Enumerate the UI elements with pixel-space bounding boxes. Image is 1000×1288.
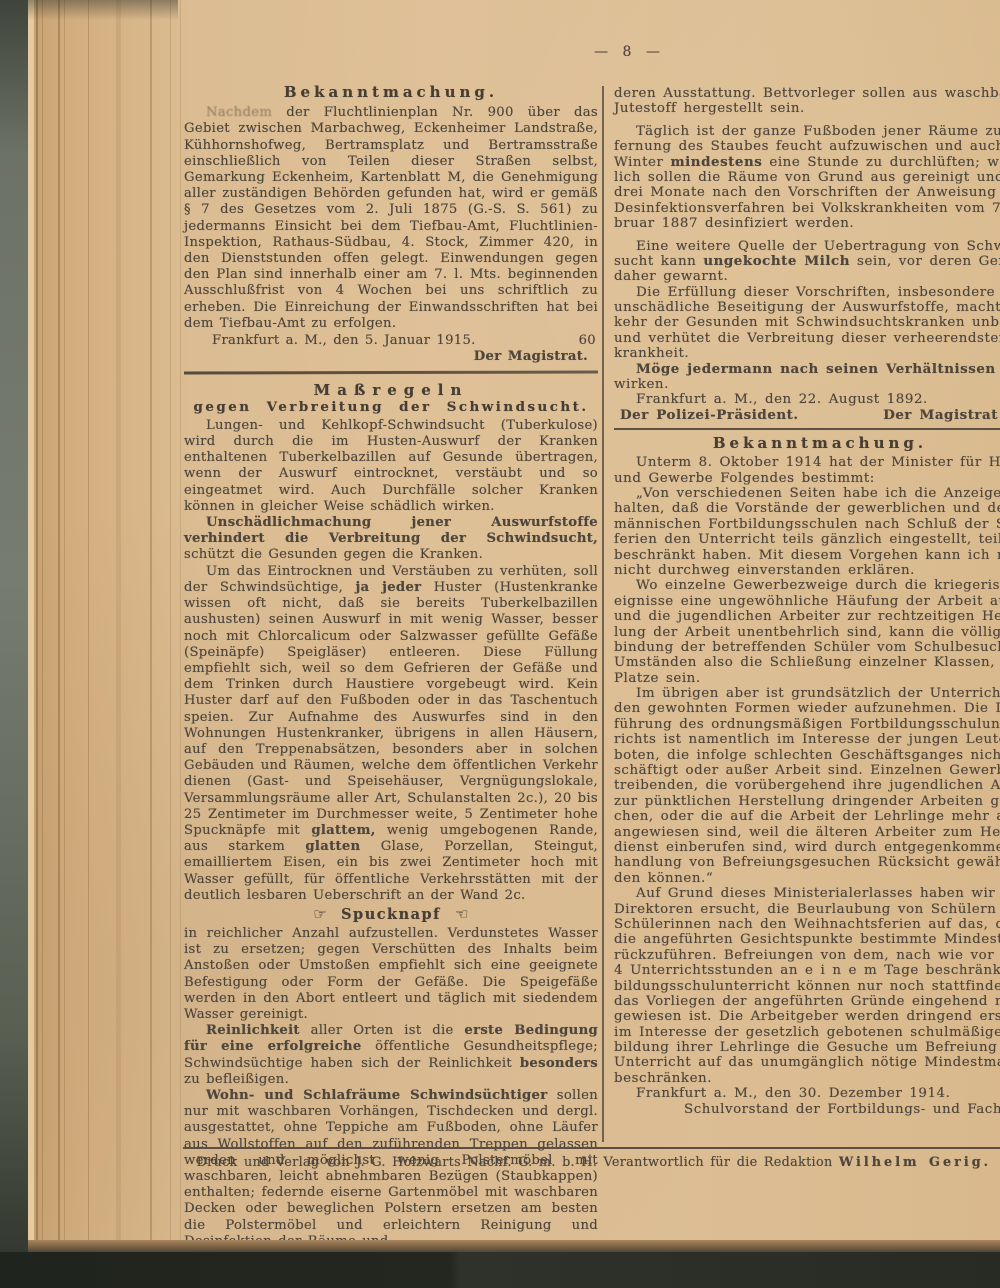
text-line: Die Erfüllung dieser Vorschriften, insbe… bbox=[614, 285, 1000, 300]
manicule-right-icon: ☞ bbox=[313, 905, 327, 923]
text-line: Wo einzelne Gewerbezweige durch die krie… bbox=[614, 578, 1000, 593]
spucknapf-heading: ☞ Spucknapf ☜ bbox=[184, 905, 598, 925]
text-line: Unterricht auf das unumgänglich nötige M… bbox=[614, 1055, 1000, 1070]
text-line: fernung des Staubes feucht aufzuwischen … bbox=[614, 139, 1000, 154]
notice2-paragraph: Lungen- und Kehlkopf-Schwindsucht (Tuber… bbox=[184, 418, 598, 515]
text-line: Auf Grund dieses Ministerialerlasses hab… bbox=[614, 886, 1000, 901]
signature-magistrat: Der Magistrat bbox=[883, 408, 998, 424]
text-line: Täglich ist der ganze Fußboden jener Räu… bbox=[614, 124, 1000, 139]
section-divider-rule bbox=[614, 428, 1000, 430]
page-corner-shadow bbox=[28, 0, 178, 20]
text-line: richts ist namentlich im Interesse der j… bbox=[614, 732, 1000, 747]
text-segment: Reinlichkeit bbox=[206, 1023, 300, 1038]
text-line: Eine weitere Quelle der Uebertragung von… bbox=[614, 239, 1000, 254]
text-line: krankheit. bbox=[614, 346, 1000, 361]
text-line: beschränken. bbox=[614, 1071, 1000, 1086]
text-line: lung der Arbeit unentbehrlich sind, kann… bbox=[614, 625, 1000, 640]
text-line: und die jugendlichen Arbeiter zur rechtz… bbox=[614, 609, 1000, 624]
text-line: boten, die infolge schlechten Geschäftsg… bbox=[614, 748, 1000, 763]
text-line: und Gewerbe Folgendes bestimmt: bbox=[614, 471, 1000, 486]
imprint-line: Druck und Verlag von J. G. Holzwarts Nac… bbox=[185, 1155, 1000, 1170]
text-line: daher gewarnt. bbox=[614, 269, 1000, 284]
text-line: chen, oder die auf die Arbeit der Lehrli… bbox=[614, 809, 1000, 824]
text-line: Unterm 8. Oktober 1914 hat der Minister … bbox=[614, 455, 1000, 470]
signature-magistrat: Der Magistrat. bbox=[184, 349, 598, 365]
text-line: schäftigt oder außer Arbeit sind. Einzel… bbox=[614, 763, 1000, 778]
left-column: Bekanntmachung. Nachdem der Fluchtlinien… bbox=[184, 84, 598, 1240]
signature-row: Der Polizei-Präsident. Der Magistrat bbox=[614, 408, 1000, 424]
text-line: im Interesse der gesetzlich gebotenen sc… bbox=[614, 1025, 1000, 1040]
text-segment: sein, vor deren Genuß w bbox=[850, 254, 1000, 269]
page-bottom-edge bbox=[28, 1240, 1000, 1252]
text-line: das Vorliegen der angeführten Gründe ein… bbox=[614, 994, 1000, 1009]
desk-surface-left bbox=[0, 0, 28, 1288]
text-line: drei Monate nach den Vorschriften der An… bbox=[614, 185, 1000, 200]
text-segment: in reichlicher Anzahl aufzustellen. Verd… bbox=[184, 926, 598, 1022]
text-segment: Wilhelm Gerig bbox=[839, 1155, 984, 1170]
page-edge-line bbox=[58, 0, 60, 1240]
text-segment: Druck und Verlag von J. G. Holzwarts Nac… bbox=[197, 1155, 839, 1170]
text-line: 4 Unterrichtsstunden an e i n e m Tage b… bbox=[614, 963, 1000, 978]
page-edge-line bbox=[42, 0, 43, 1240]
text-segment: eine Stunde zu durchlüften; wöche bbox=[762, 155, 1000, 170]
text-segment: sucht kann bbox=[614, 254, 703, 269]
text-line: Im übrigen aber ist grundsätzlich der Un… bbox=[614, 686, 1000, 701]
dateline-row: Frankfurt a. M., den 5. Januar 1915. 60 bbox=[184, 333, 598, 349]
text-line: Möge jedermann nach seinen Verhältnissen… bbox=[614, 362, 1000, 377]
text-segment: Nachdem bbox=[206, 105, 272, 120]
text-line: lich sollen die Räume von Grund aus gere… bbox=[614, 170, 1000, 185]
text-line: Frankfurt a. M., den 22. August 1892. bbox=[614, 392, 1000, 407]
notice2-paragraph: Reinlichkeit aller Orten ist die erste B… bbox=[184, 1023, 598, 1088]
text-line: rückzuführen. Befreiungen von dem, nach … bbox=[614, 948, 1000, 963]
text-line: Frankfurt a. M., den 30. Dezember 1914. bbox=[614, 1086, 1000, 1101]
manicule-left-icon: ☜ bbox=[455, 905, 469, 923]
page-edge-line bbox=[36, 0, 38, 1240]
notice2-paragraph: Unschädlichmachung jener Auswurfstoffe v… bbox=[184, 515, 598, 564]
scanned-newspaper-page: — 8 — Bekanntmachung. Nachdem der Flucht… bbox=[0, 0, 1000, 1288]
text-segment: Wohn- und Schlafräume Schwindsüchtiger bbox=[206, 1088, 547, 1103]
text-segment: Lungen- und Kehlkopf-Schwindsucht (Tuber… bbox=[184, 418, 598, 514]
text-line: Winter mindestens eine Stunde zu durchlü… bbox=[614, 155, 1000, 170]
text-line: handlung von Befreiungsgesuchen Rücksich… bbox=[614, 855, 1000, 870]
text-segment: glattem, bbox=[311, 823, 375, 838]
section-divider-rule bbox=[184, 371, 598, 375]
newspaper-page: — 8 — Bekanntmachung. Nachdem der Flucht… bbox=[28, 0, 1000, 1240]
column-divider-rule bbox=[602, 86, 604, 1142]
page-edge-line bbox=[28, 0, 34, 1240]
text-line: wirken. bbox=[614, 377, 1000, 392]
text-segment: ja jeder bbox=[355, 580, 421, 595]
desk-surface-bottom bbox=[0, 1252, 1000, 1288]
text-segment: Unschädlichmachung jener Auswurfstoffe v… bbox=[184, 515, 598, 546]
text-line: treibenden, die vorübergehend ihre jugen… bbox=[614, 778, 1000, 793]
continuation-text: deren Ausstattung. Bettvorleger sollen a… bbox=[614, 86, 1000, 408]
text-segment: aller Orten ist die bbox=[300, 1023, 465, 1038]
text-line: den gewohnten Formen wieder aufzunehmen.… bbox=[614, 701, 1000, 716]
text-line: kehr der Gesunden mit Schwindsuchtskrank… bbox=[614, 315, 1000, 330]
page-edge-line bbox=[150, 0, 152, 1240]
text-line: Jutestoff hergestellt sein. bbox=[614, 101, 1000, 116]
page-number: — 8 — bbox=[568, 44, 688, 60]
text-line: und verhütet die Verbreitung dieser verh… bbox=[614, 331, 1000, 346]
text-line: Schulvorstand der Fortbildungs- und Fach… bbox=[614, 1102, 1000, 1117]
text-line: zur pünktlichen Herstellung dringender A… bbox=[614, 794, 1000, 809]
text-line: eignisse eine ungewöhnliche Häufung der … bbox=[614, 594, 1000, 609]
text-line: halten, daß die Vorstände der gewerblich… bbox=[614, 501, 1000, 516]
text-line: ferien den Unterricht teils gänzlich ein… bbox=[614, 532, 1000, 547]
text-segment: . bbox=[984, 1155, 989, 1170]
text-line: die angeführten Gesichtspunkte bestimmte… bbox=[614, 932, 1000, 947]
footer-rule bbox=[183, 1147, 1000, 1149]
text-segment: schützt die Gesunden gegen die Kranken. bbox=[184, 547, 483, 562]
text-line: unschädliche Beseitigung der Auswurfstof… bbox=[614, 300, 1000, 315]
text-line: Schülerinnen nach den Weihnachtsferien a… bbox=[614, 917, 1000, 932]
notice3-text: Unterm 8. Oktober 1914 hat der Minister … bbox=[614, 455, 1000, 1117]
notice1-heading: Bekanntmachung. bbox=[184, 84, 598, 100]
page-edge-line bbox=[180, 0, 181, 1240]
text-line: „Von verschiedenen Seiten habe ich die A… bbox=[614, 486, 1000, 501]
text-line: bruar 1887 desinfiziert werden. bbox=[614, 216, 1000, 231]
text-segment: mindestens bbox=[670, 154, 762, 170]
text-line: bildungsschulunterricht können nur noch … bbox=[614, 979, 1000, 994]
text-segment: besonders bbox=[520, 1056, 598, 1071]
text-segment: der Fluchtlinienplan Nr. 900 über das Ge… bbox=[184, 105, 598, 331]
text-line: männischen Fortbildungsschulen nach Schl… bbox=[614, 517, 1000, 532]
spucknapf-label: Spucknapf bbox=[333, 906, 449, 923]
page-edge-line bbox=[64, 0, 65, 1240]
notice3-heading: Bekanntmachung. bbox=[614, 436, 1000, 451]
text-line: führung des ordnungsmäßigen Fortbildungs… bbox=[614, 717, 1000, 732]
text-line: sucht kann ungekochte Milch sein, vor de… bbox=[614, 254, 1000, 269]
notice2-heading-line2: gegen Verbreitung der Schwindsucht. bbox=[184, 399, 598, 415]
text-line: dienst einberufen sind, wird durch entge… bbox=[614, 840, 1000, 855]
right-column: deren Ausstattung. Bettvorleger sollen a… bbox=[614, 86, 1000, 1117]
text-line: Platze sein. bbox=[614, 671, 1000, 686]
text-line: bindung der betreffenden Schüler vom Sch… bbox=[614, 640, 1000, 655]
text-line: deren Ausstattung. Bettvorleger sollen a… bbox=[614, 86, 1000, 101]
notice2-paragraph: Um das Eintrocknen und Verstäuben zu ver… bbox=[184, 564, 598, 904]
text-line: bildung ihrer Lehrlinge die Gesuche um B… bbox=[614, 1040, 1000, 1055]
page-edge-line bbox=[170, 0, 171, 1240]
text-line: gewiesen ist. Die Arbeitgeber werden dri… bbox=[614, 1009, 1000, 1024]
page-edge-line bbox=[88, 0, 89, 1240]
signature-polizei-praesident: Der Polizei-Präsident. bbox=[620, 408, 799, 424]
dateline-text: Frankfurt a. M., den 5. Januar 1915. bbox=[184, 333, 476, 349]
text-line: den können.“ bbox=[614, 871, 1000, 886]
text-line: angewiesen sind, weil die älteren Arbeit… bbox=[614, 825, 1000, 840]
text-segment: glatten bbox=[305, 839, 360, 854]
text-segment: Winter bbox=[614, 155, 670, 170]
notice1-body: Nachdem der Fluchtlinienplan Nr. 900 übe… bbox=[184, 105, 598, 332]
text-segment: zu befleißigen. bbox=[184, 1072, 289, 1087]
text-line: Direktoren ersucht, die Beurlaubung von … bbox=[614, 902, 1000, 917]
text-segment: Huster (Hustenkranke wissen oft nicht, d… bbox=[184, 580, 598, 838]
text-line: nicht durchweg einverstanden erklären. bbox=[614, 563, 1000, 578]
text-line: Desinfektionsverfahren bei Volkskrankhei… bbox=[614, 201, 1000, 216]
page-edge-line bbox=[116, 0, 121, 1240]
notice2-heading-line1: Maßregeln bbox=[184, 382, 598, 398]
text-segment: ungekochte Milch bbox=[703, 253, 850, 269]
text-line: Umständen also die Schließung einzelner … bbox=[614, 655, 1000, 670]
notice2-paragraph: in reichlicher Anzahl aufzustellen. Verd… bbox=[184, 926, 598, 1023]
text-line: beschränkt haben. Mit diesem Vorgehen ka… bbox=[614, 548, 1000, 563]
reference-number: 60 bbox=[579, 333, 598, 349]
